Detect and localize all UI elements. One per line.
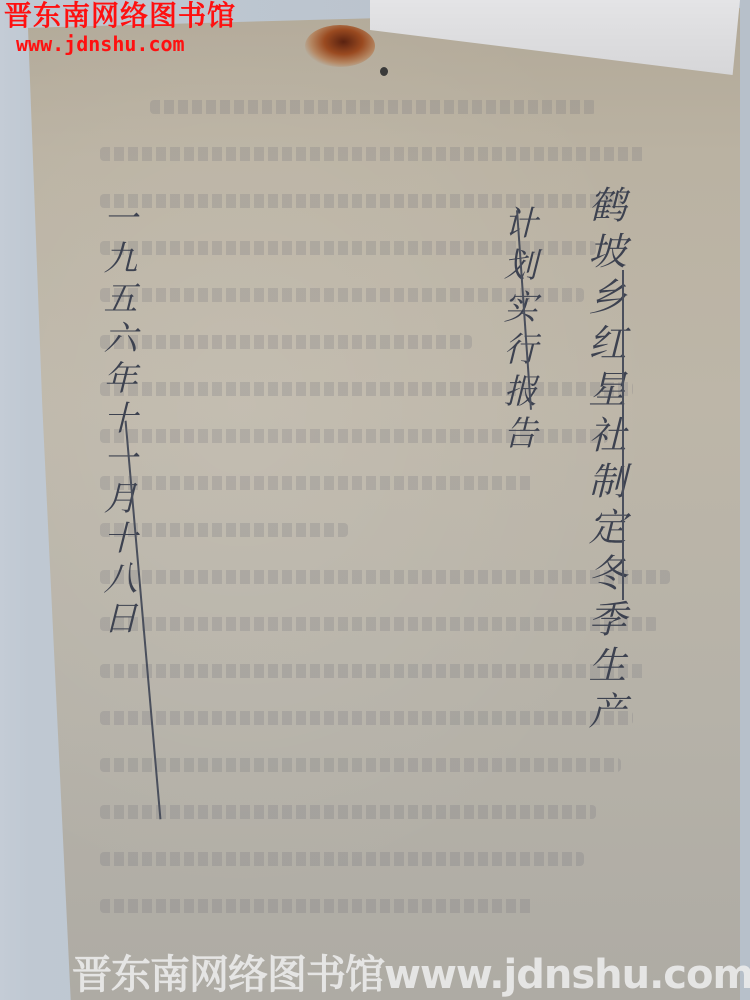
bleed-through-text <box>100 100 720 960</box>
handwritten-subtitle: 计划实行报告 <box>500 205 534 457</box>
watermark-top-cn: 晋东南网络图书馆 <box>4 2 236 30</box>
handwritten-title: 鹤坡乡红星社制定冬季生产 <box>585 185 623 737</box>
rust-stain <box>305 25 375 67</box>
watermark-bottom: 晋东南网络图书馆www.jdnshu.com <box>72 955 750 995</box>
pen-stroke <box>622 270 624 600</box>
watermark-top-url: www.jdnshu.com <box>16 34 236 54</box>
watermark-top: 晋东南网络图书馆 www.jdnshu.com <box>4 2 236 54</box>
handwritten-date: 一九五六年十一月十八日 <box>100 200 134 640</box>
staple-hole <box>380 67 388 76</box>
